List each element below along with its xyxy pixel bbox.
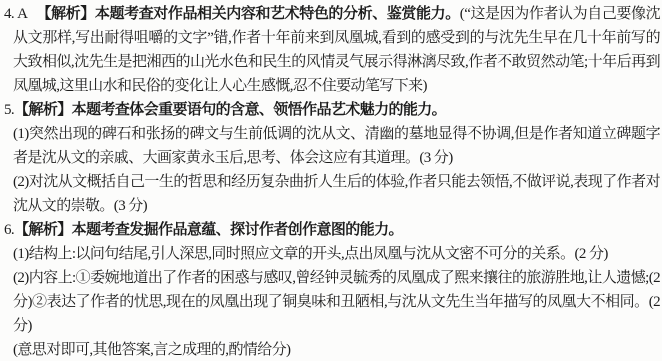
- answer-key-page: 4.A【解析】本题考查对作品相关内容和艺术特色的分析、鉴赏能力。(“这是因为作者…: [0, 0, 662, 361]
- question-5-analysis-heading: 【解析】本题考查体会重要语句的含意、领悟作品艺术魅力的能力。: [14, 101, 446, 118]
- question-5-point-2: (2)对沈从文概括自己一生的哲思和经历复杂曲折人生后的体验,作者只能去领悟,不做…: [4, 170, 660, 218]
- question-5-point-1: (1)突然出现的碑石和张扬的碑文与生前低调的沈从文、清幽的墓地显得不协调,但是作…: [4, 122, 660, 170]
- answer-item-6-heading-row: 6.【解析】本题考查发掘作品意蕴、探讨作者创作意图的能力。: [4, 218, 660, 242]
- question-6-point-1: (1)结构上:以问句结尾,引人深思,同时照应文章的开头,点出凤凰与沈从文密不可分…: [4, 242, 660, 266]
- answer-item-5-heading-row: 5.【解析】本题考查体会重要语句的含意、领悟作品艺术魅力的能力。: [4, 98, 660, 122]
- answer-item-4: 4.A【解析】本题考查对作品相关内容和艺术特色的分析、鉴赏能力。(“这是因为作者…: [4, 2, 660, 98]
- grading-note: (意思对即可,其他答案,言之成理的,酌情给分): [4, 338, 660, 361]
- question-4-answer-letter: A: [17, 6, 27, 22]
- question-5-number: 5.: [4, 102, 14, 118]
- question-6-number: 6.: [4, 222, 14, 238]
- question-4-analysis-heading: 【解析】本题考查对作品相关内容和艺术特色的分析、鉴赏能力。: [36, 5, 460, 22]
- question-6-point-2: (2)内容上:①委婉地道出了作者的困惑与感叹,曾经钟灵毓秀的凤凰成了熙来攘往的旅…: [4, 266, 660, 338]
- question-4-number: 4.: [4, 6, 14, 22]
- question-6-analysis-heading: 【解析】本题考查发掘作品意蕴、探讨作者创作意图的能力。: [14, 221, 403, 238]
